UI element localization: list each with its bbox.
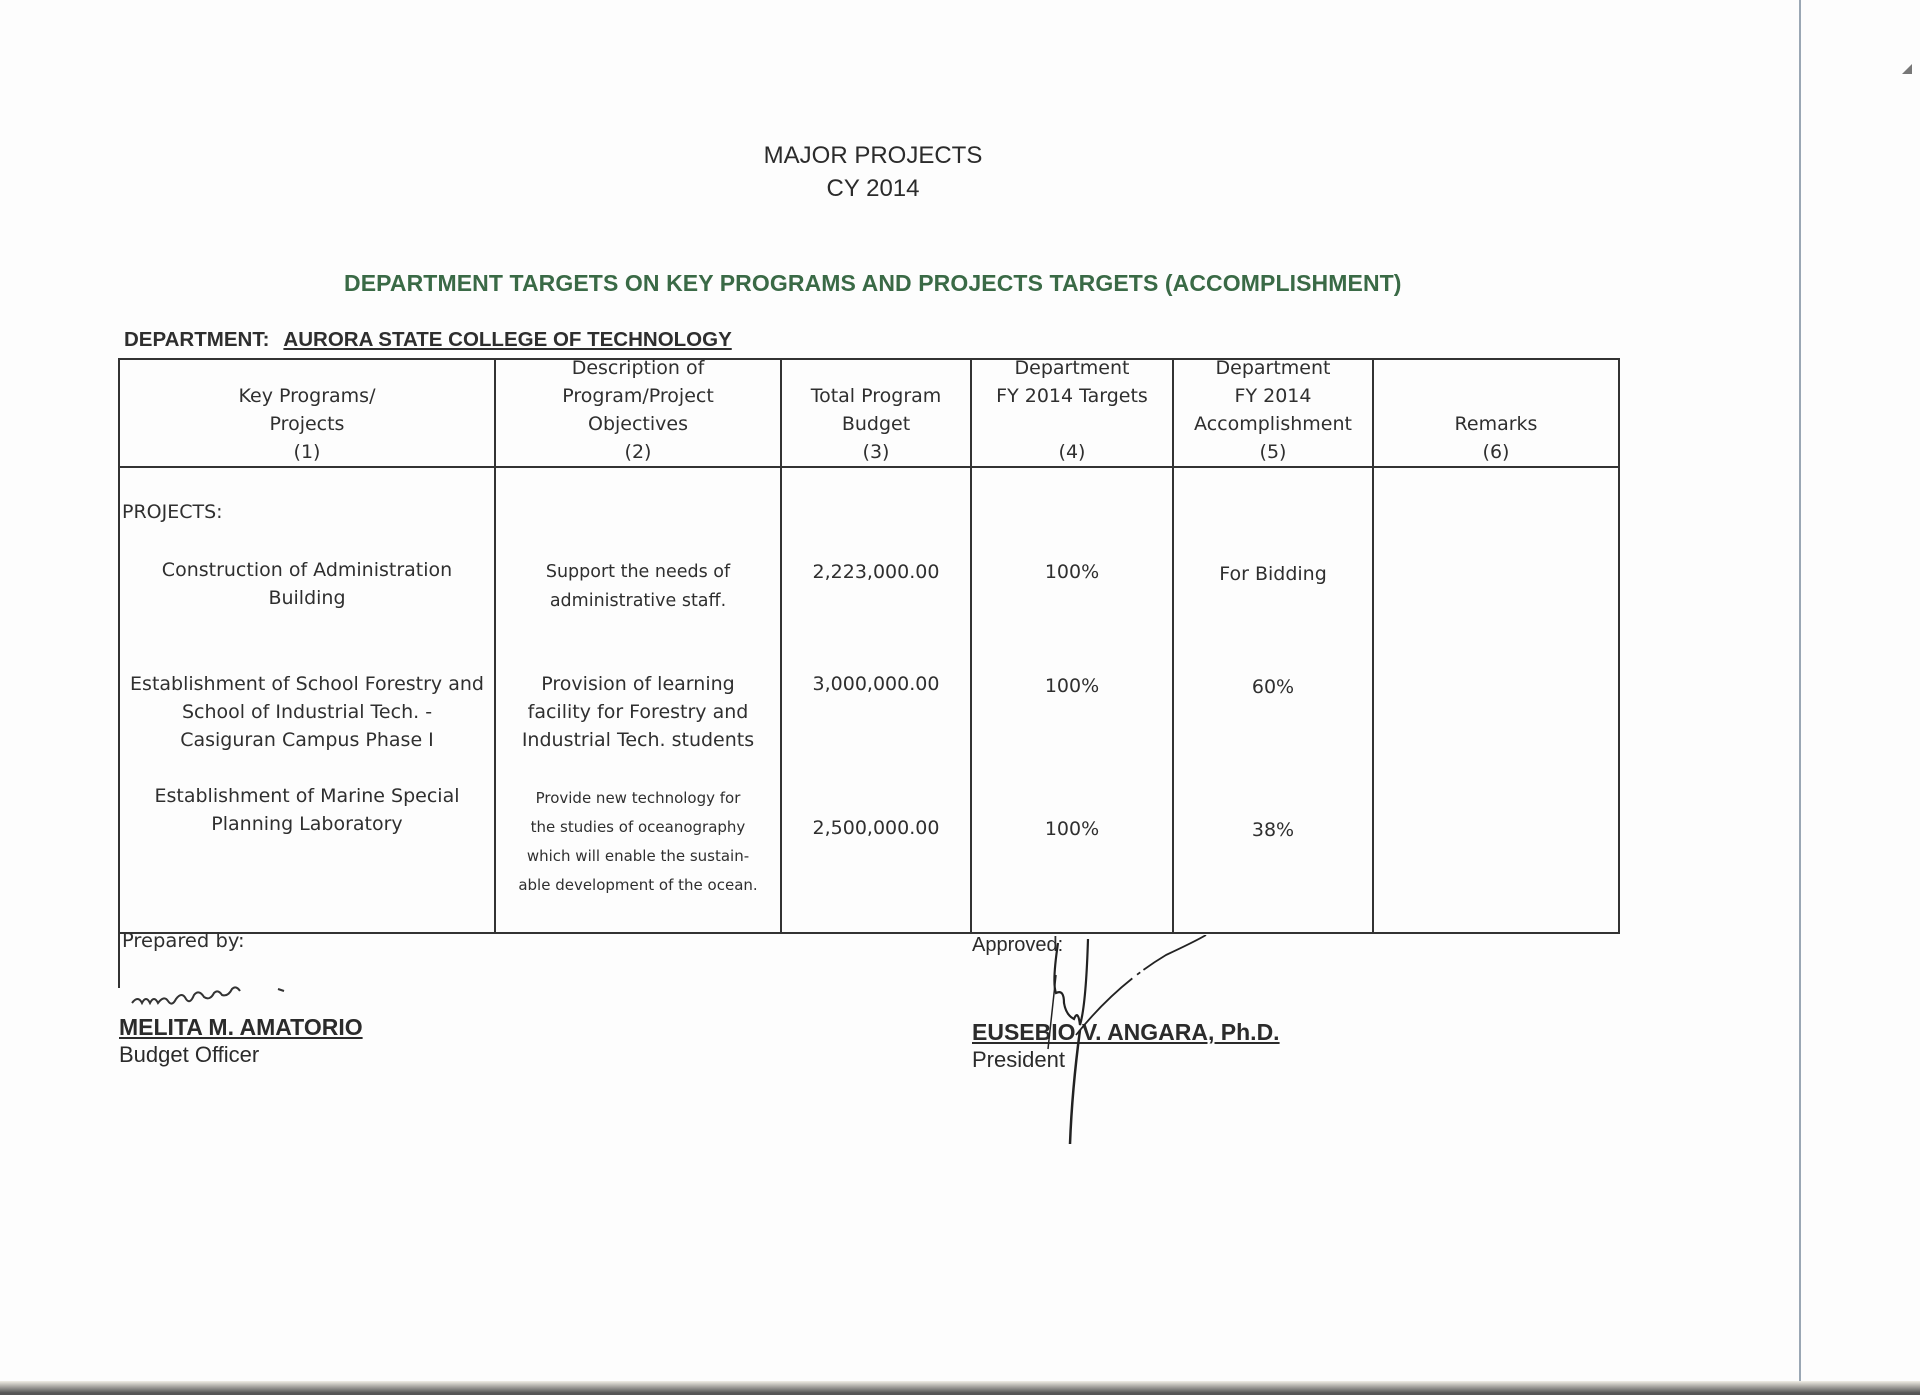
- project-accomplishment: 60%: [1174, 673, 1372, 701]
- scan-bottom-edge: [0, 1381, 1920, 1395]
- page-edge: [1799, 0, 1801, 1395]
- project-accomplishment: For Bidding: [1174, 560, 1372, 588]
- project-description: Provide new technology forthe studies of…: [496, 784, 780, 900]
- prepared-by-name: MELITA M. AMATORIO: [119, 1014, 363, 1041]
- project-target: 100%: [972, 815, 1172, 843]
- column-header-budget: Total ProgramBudget(3): [782, 382, 970, 466]
- section-label-projects: PROJECTS:: [122, 498, 223, 526]
- document-year: CY 2014: [0, 175, 1746, 203]
- signature-scribble-icon: [1030, 935, 1270, 1145]
- targets-table: Key Programs/Projects(1) Description ofP…: [118, 358, 1620, 934]
- column-header-accomplishment: DepartmentFY 2014Accomplishment(5): [1174, 354, 1372, 466]
- project-accomplishment: 38%: [1174, 816, 1372, 844]
- project-name: Establishment of Marine SpecialPlanning …: [120, 782, 494, 838]
- column-header-targets: DepartmentFY 2014 Targets(4): [972, 354, 1172, 466]
- project-description: Provision of learningfacility for Forest…: [496, 670, 780, 754]
- column-header-remarks: Remarks(6): [1374, 410, 1618, 466]
- column-header-description: Description ofProgram/ProjectObjectives(…: [496, 354, 780, 466]
- department-name: AURORA STATE COLLEGE OF TECHNOLOGY: [283, 328, 731, 351]
- department-line: DEPARTMENT:AURORA STATE COLLEGE OF TECHN…: [124, 328, 732, 352]
- project-target: 100%: [972, 558, 1172, 586]
- department-label: DEPARTMENT:: [124, 328, 269, 351]
- project-description: Support the needs ofadministrative staff…: [496, 558, 780, 616]
- document-subtitle: DEPARTMENT TARGETS ON KEY PROGRAMS AND P…: [344, 270, 1402, 297]
- project-budget: 2,223,000.00: [782, 558, 970, 586]
- project-name: Construction of AdministrationBuilding: [120, 556, 494, 612]
- project-target: 100%: [972, 672, 1172, 700]
- project-name: Establishment of School Forestry andScho…: [120, 670, 494, 754]
- signature-scribble-icon: [128, 985, 298, 1015]
- corner-mark-icon: [1902, 58, 1912, 74]
- document-title: MAJOR PROJECTS: [0, 142, 1746, 170]
- project-budget: 3,000,000.00: [782, 670, 970, 698]
- prepared-by-label: Prepared by:: [122, 929, 245, 952]
- project-budget: 2,500,000.00: [782, 814, 970, 842]
- prepared-by-role: Budget Officer: [119, 1042, 259, 1068]
- president-signature: [1030, 935, 1270, 1150]
- column-header-key-programs: Key Programs/Projects(1): [120, 382, 494, 466]
